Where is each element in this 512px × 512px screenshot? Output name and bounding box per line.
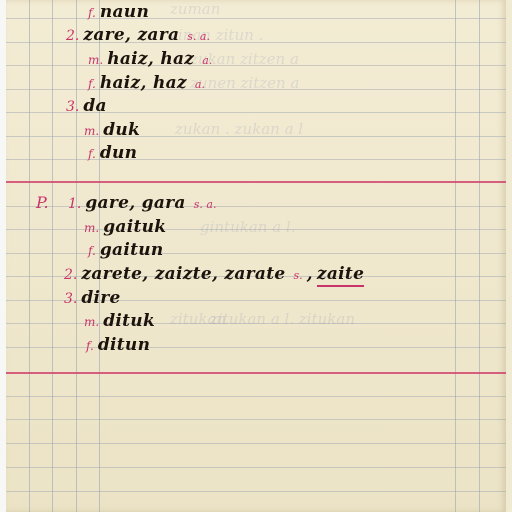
- verb-form: gare, gara: [85, 193, 185, 213]
- gender-marker: m.: [88, 53, 103, 67]
- entry-row: f. gaitun: [88, 240, 164, 260]
- verb-form: zarete, zaizte, zarate: [81, 264, 285, 284]
- rule-line: [6, 347, 506, 348]
- margin-line: [29, 0, 30, 512]
- bleed-through-text: zunen zitzen a: [190, 74, 299, 92]
- section-divider: [6, 181, 506, 183]
- section-divider: [6, 372, 506, 374]
- person-number: 3.: [64, 291, 77, 307]
- usage-note: s.: [294, 269, 303, 282]
- bleed-through-text: gintukan a l.: [200, 218, 296, 236]
- person-number: 1.: [68, 196, 81, 212]
- rule-line: [6, 467, 506, 468]
- gender-marker: f.: [88, 147, 96, 161]
- bleed-through-text: zuman: [170, 0, 220, 18]
- person-number: 2.: [66, 28, 79, 44]
- verb-form: zare, zara: [83, 25, 179, 45]
- usage-note: s. a.: [187, 30, 210, 43]
- entry-row: 3. da: [66, 96, 107, 116]
- gender-marker: m.: [84, 124, 99, 138]
- entry-row: f. ditun: [86, 335, 150, 355]
- entry-row: f. naun: [88, 2, 149, 22]
- rule-line: [6, 18, 506, 19]
- separator: ,: [307, 264, 313, 284]
- entry-row: m. dituk: [84, 311, 155, 331]
- entry-row: f. dun: [88, 143, 137, 163]
- entry-row: 2. zarete, zaizte, zarate s. , zaite: [64, 264, 364, 287]
- entry-row: m. gaituk: [84, 217, 166, 237]
- rule-line: [6, 159, 506, 160]
- entry-row: f. haiz, haz a.: [88, 73, 205, 93]
- bleed-through-text: zukan . zukan a l: [175, 120, 303, 138]
- verb-form: dituk: [103, 311, 155, 331]
- gender-marker: f.: [88, 6, 96, 20]
- bleed-through-text: zitukan a l. zitukan: [210, 310, 355, 328]
- verb-form: gaituk: [103, 217, 166, 237]
- rule-line: [6, 253, 506, 254]
- person-number: 3.: [66, 99, 79, 115]
- verb-form: da: [83, 96, 107, 116]
- person-number: 2.: [64, 267, 77, 283]
- underlined-verb-form: zaite: [317, 264, 364, 287]
- entry-row: 2. zare, zara s. a.: [66, 25, 210, 45]
- margin-line: [76, 0, 77, 512]
- verb-form: haiz, haz: [100, 73, 187, 93]
- gender-marker: f.: [88, 77, 96, 91]
- verb-form: ditun: [98, 335, 150, 355]
- margin-line: [52, 0, 53, 512]
- rule-line: [6, 419, 506, 420]
- plural-marker: P.: [36, 193, 49, 212]
- gender-marker: m.: [84, 315, 99, 329]
- gender-marker: m.: [84, 221, 99, 235]
- gender-marker: f.: [86, 339, 94, 353]
- usage-note: a.: [195, 78, 205, 91]
- verb-form: naun: [100, 2, 149, 22]
- margin-line: [455, 0, 456, 512]
- entry-row: m. haiz, haz a.: [88, 49, 212, 69]
- entry-row: m. duk: [84, 120, 140, 140]
- section-marker-row: P.: [36, 193, 49, 212]
- rule-line: [6, 396, 506, 397]
- gender-marker: f.: [88, 244, 96, 258]
- entry-row: 1. gare, gara s. a.: [68, 193, 216, 213]
- margin-line: [479, 0, 480, 512]
- verb-form: dun: [100, 143, 138, 163]
- verb-form: haiz, haz: [107, 49, 194, 69]
- entry-row: 3. dire: [64, 288, 121, 308]
- verb-form: gaitun: [100, 240, 164, 260]
- verb-form: dire: [81, 288, 120, 308]
- rule-line: [6, 491, 506, 492]
- usage-note: a.: [202, 54, 212, 67]
- verb-form: duk: [103, 120, 140, 140]
- rule-line: [6, 443, 506, 444]
- usage-note: s. a.: [194, 198, 217, 211]
